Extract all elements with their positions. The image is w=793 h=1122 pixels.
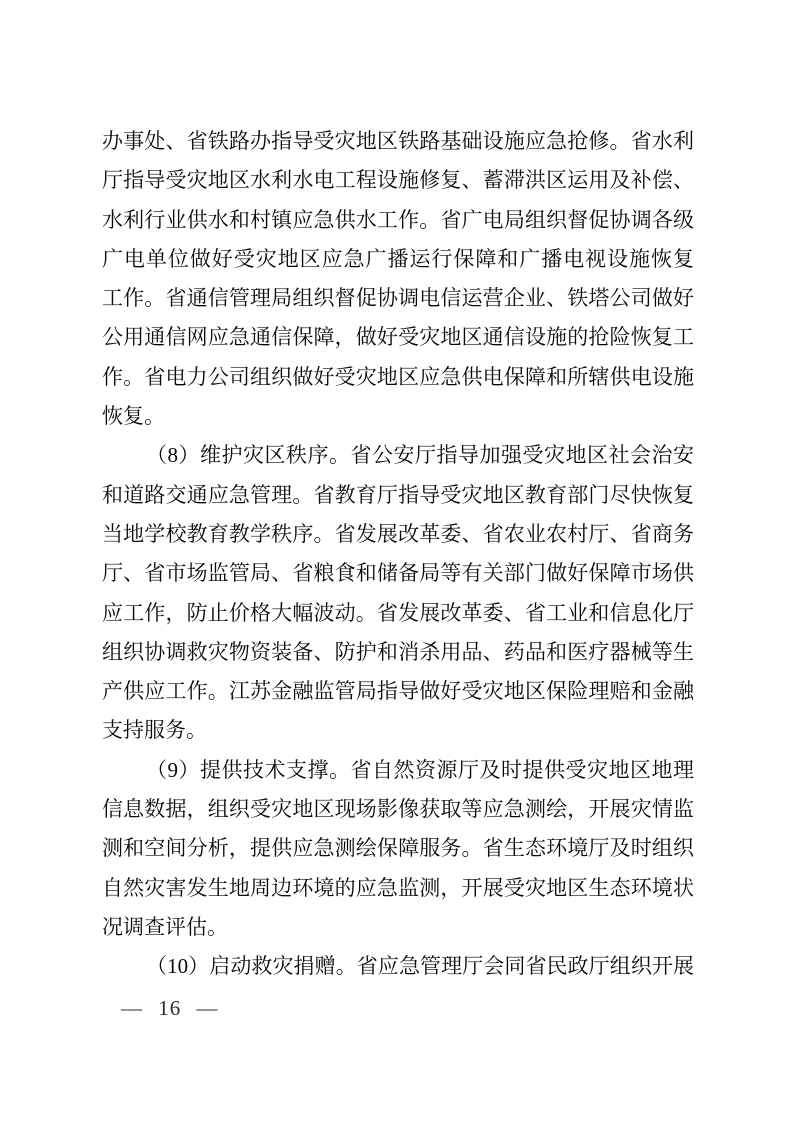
document-page: 办事处、省铁路办指导受灾地区铁路基础设施应急抢修。省水利厅指导受灾地区水利水电工… [0, 0, 793, 1122]
text-line: 厅、省市场监管局、省粮食和储备局等有关部门做好保障市场供 [102, 554, 694, 593]
text-line: 况调查评估。 [102, 908, 694, 947]
text-line: 办事处、省铁路办指导受灾地区铁路基础设施应急抢修。省水利 [102, 122, 694, 161]
text-line: 恢复。 [102, 397, 694, 436]
text-line: 组织协调救灾物资装备、防护和消杀用品、药品和医疗器械等生 [102, 633, 694, 672]
text-line: 产供应工作。江苏金融监管局指导做好受灾地区保险理赔和金融 [102, 672, 694, 711]
text-line: 自然灾害发生地周边环境的应急监测，开展受灾地区生态环境状 [102, 869, 694, 908]
text-line: 水利行业供水和村镇应急供水工作。省广电局组织督促协调各级 [102, 201, 694, 240]
text-line: 测和空间分析，提供应急测绘保障服务。省生态环境厅及时组织 [102, 829, 694, 868]
text-line: 厅指导受灾地区水利水电工程设施修复、蓄滞洪区运用及补偿、 [102, 161, 694, 200]
text-line: 应工作，防止价格大幅波动。省发展改革委、省工业和信息化厅 [102, 594, 694, 633]
text-line: 和道路交通应急管理。省教育厅指导受灾地区教育部门尽快恢复 [102, 476, 694, 515]
text-line: （10）启动救灾捐赠。省应急管理厅会同省民政厅组织开展 [102, 947, 694, 986]
document-body: 办事处、省铁路办指导受灾地区铁路基础设施应急抢修。省水利厅指导受灾地区水利水电工… [102, 122, 694, 987]
text-line: （8）维护灾区秩序。省公安厅指导加强受灾地区社会治安 [102, 436, 694, 475]
text-line: 当地学校教育教学秩序。省发展改革委、省农业农村厅、省商务 [102, 515, 694, 554]
text-line: 广电单位做好受灾地区应急广播运行保障和广播电视设施恢复 [102, 240, 694, 279]
text-line: 公用通信网应急通信保障，做好受灾地区通信设施的抢险恢复工 [102, 318, 694, 357]
text-line: 信息数据，组织受灾地区现场影像获取等应急测绘，开展灾情监 [102, 790, 694, 829]
page-number: — 16 — [121, 991, 219, 1025]
text-line: 作。省电力公司组织做好受灾地区应急供电保障和所辖供电设施 [102, 358, 694, 397]
text-line: 支持服务。 [102, 711, 694, 750]
text-line: 工作。省通信管理局组织督促协调电信运营企业、铁塔公司做好 [102, 279, 694, 318]
text-line: （9）提供技术支撑。省自然资源厅及时提供受灾地区地理 [102, 751, 694, 790]
